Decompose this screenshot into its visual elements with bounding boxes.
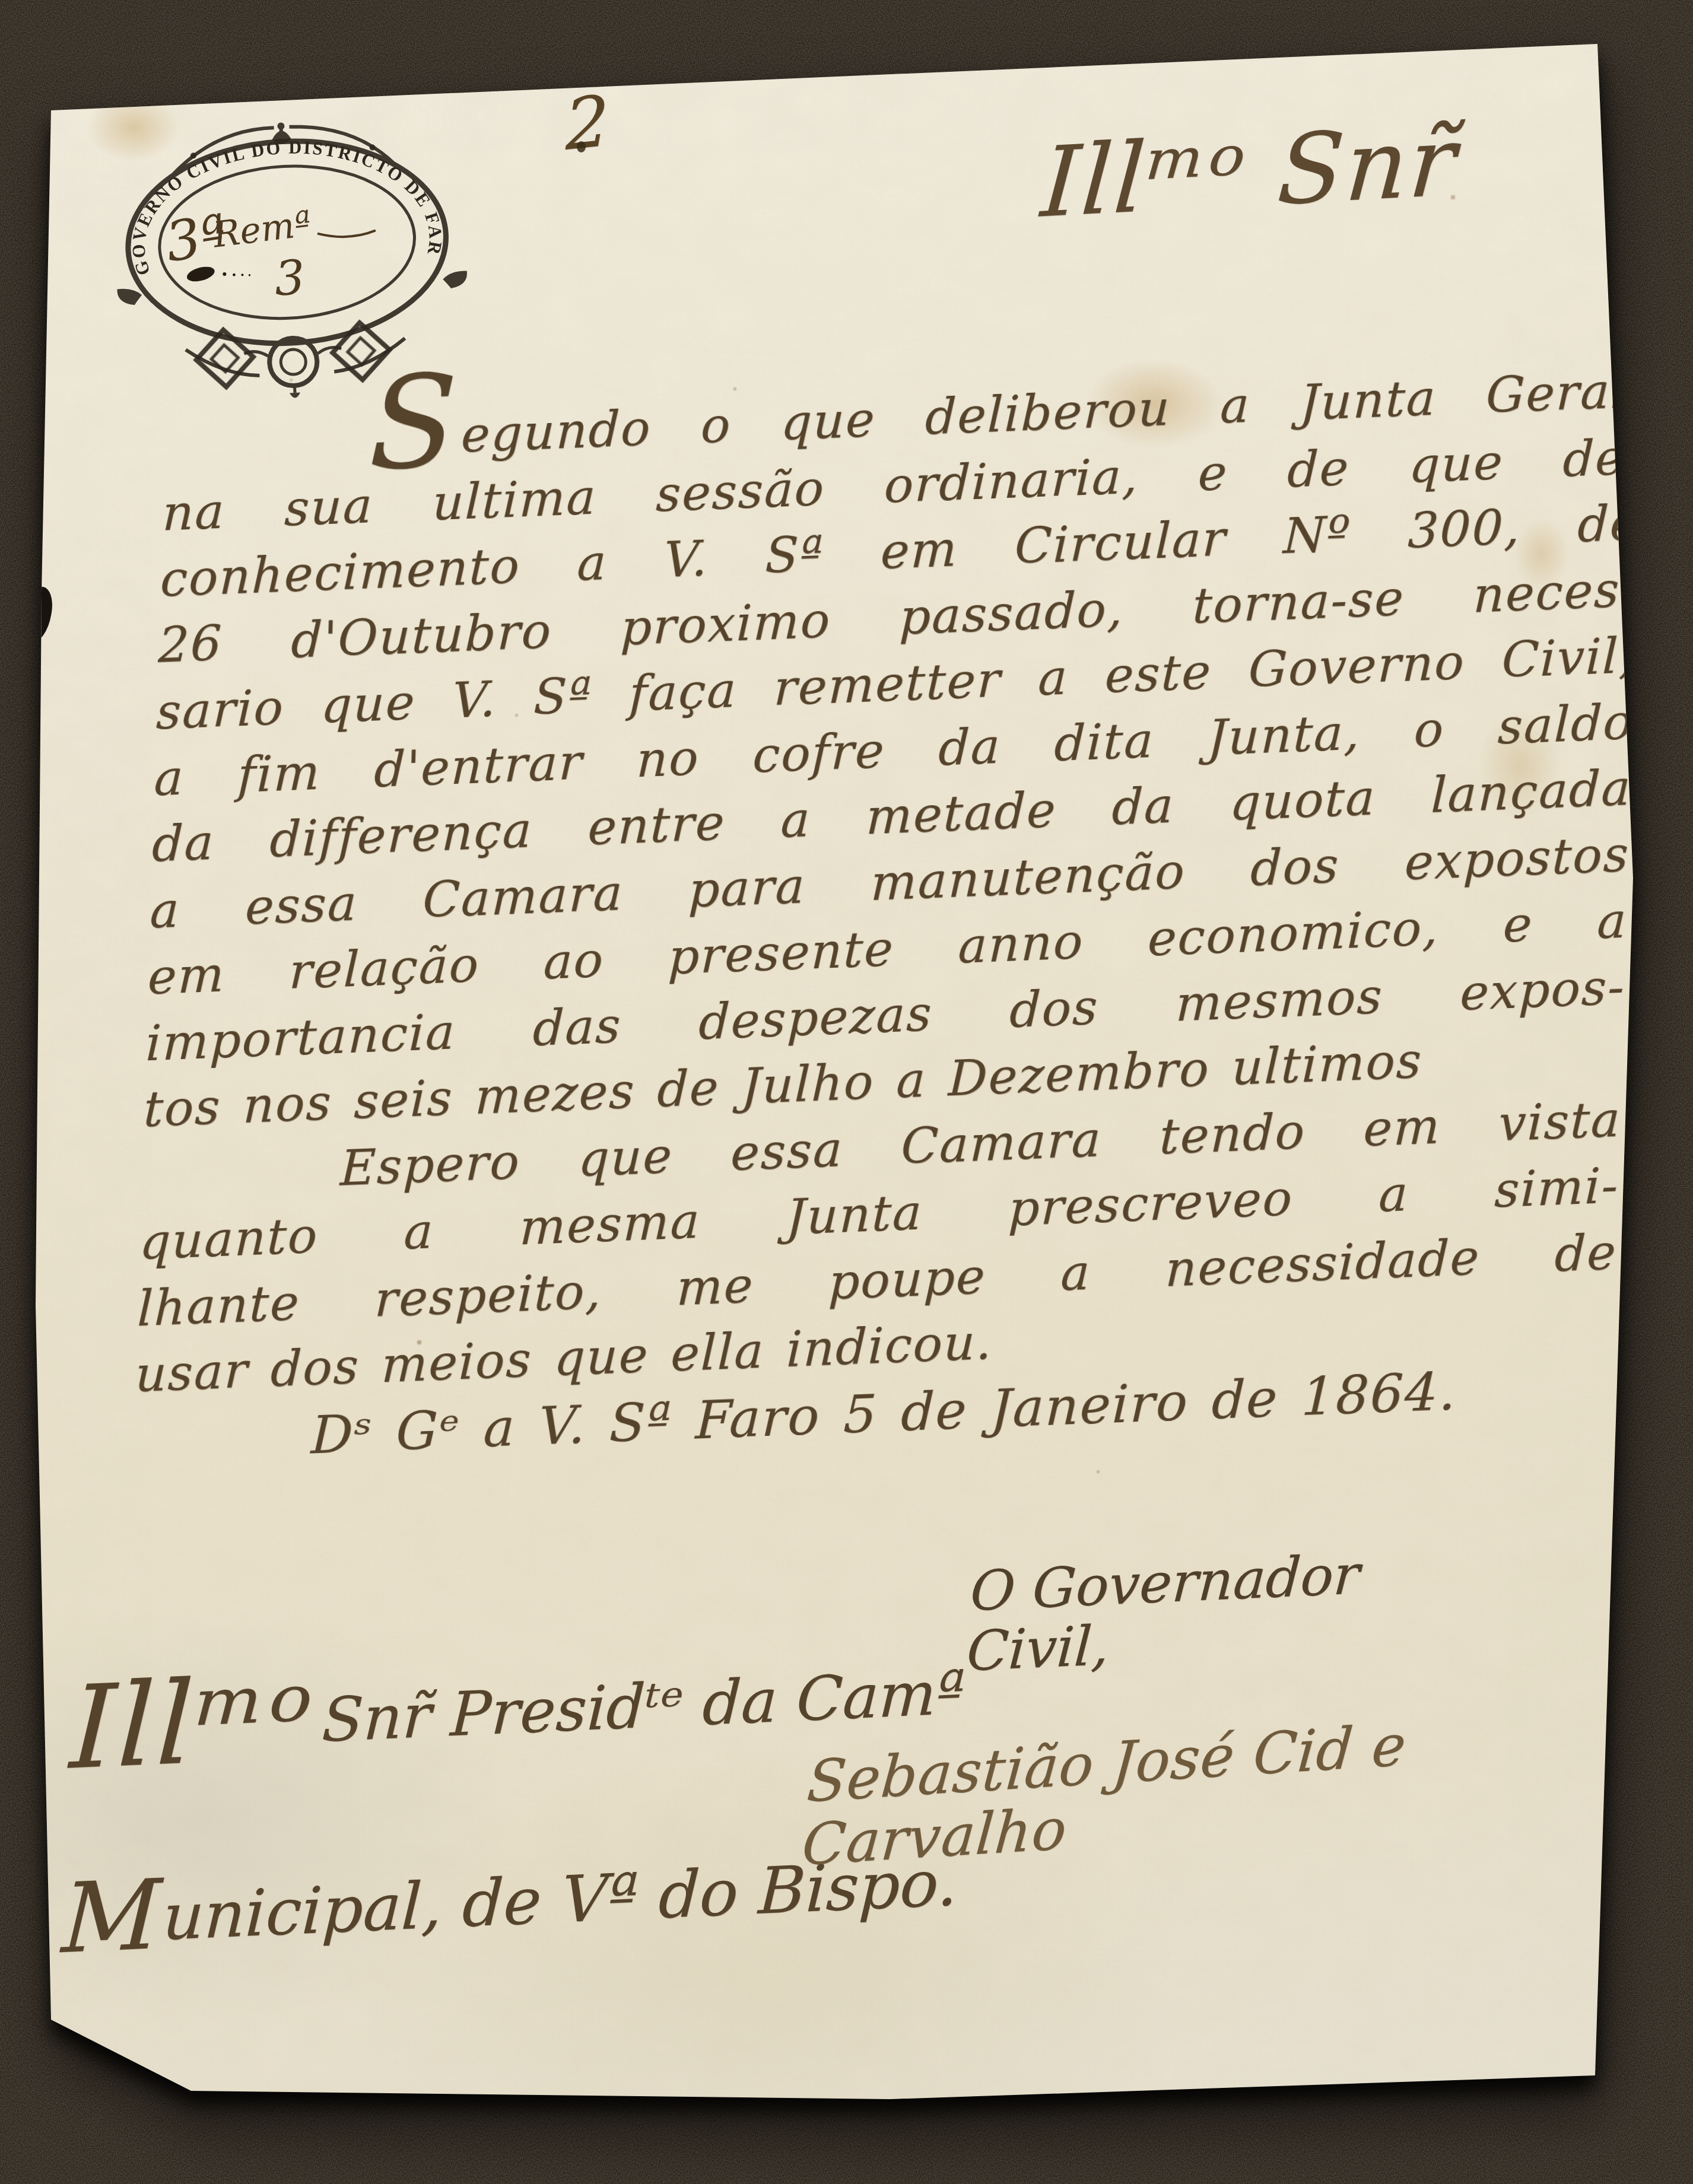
- paper-edge-tear: [17, 584, 55, 646]
- salutation: Illᵐᵒ Snr̃: [1038, 108, 1567, 232]
- addressee-flourish: Illᵐᵒ: [68, 1652, 317, 1795]
- sender-role: O Governador Civil,: [965, 1538, 1518, 1682]
- stamp-dept-word: Remª: [210, 203, 313, 256]
- addressee-text: Snr̃ Presidᵗᵉ da Camª: [320, 1657, 967, 1756]
- stamp-number: 3: [273, 250, 306, 307]
- stamp-ring-text: GOVERNO CIVIL DO DISTRICTO DE FARO: [94, 93, 447, 280]
- foxing-specks: [0, 0, 1, 1]
- letter-body: Segundo o que deliberou a Junta Geral, n…: [132, 357, 1645, 1474]
- ink-blot: [577, 141, 586, 152]
- paper-sheet: 2: [0, 0, 1693, 2184]
- paper-shadow-wrap: 2: [0, 0, 1693, 2184]
- addressee-initial: M: [60, 1859, 163, 1976]
- svg-text:GOVERNO CIVIL DO DISTRICTO DE: GOVERNO CIVIL DO DISTRICTO DE FARO: [94, 93, 447, 280]
- manuscript-photo: 2: [0, 0, 1693, 2184]
- page-number: 2: [564, 85, 610, 160]
